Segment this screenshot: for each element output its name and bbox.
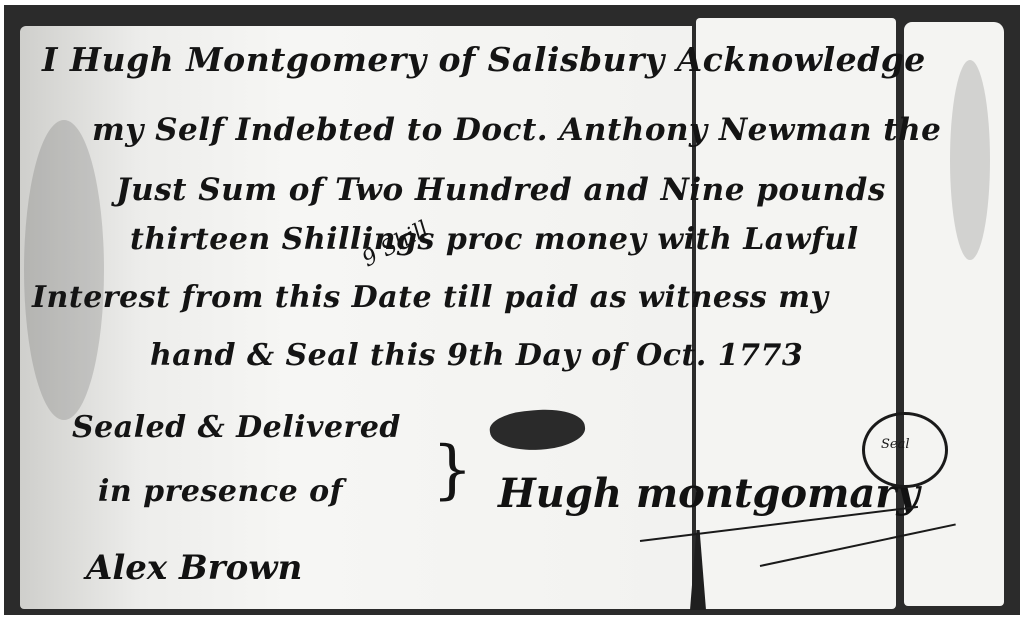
brace: } xyxy=(432,438,473,502)
body-line-3: Just Sum of Two Hundred and Nine pounds xyxy=(116,172,886,208)
witness-signature: Alex Brown xyxy=(86,548,302,588)
body-line-5: Interest from this Date till paid as wit… xyxy=(32,280,828,315)
body-line-2: my Self Indebted to Doct. Anthony Newman… xyxy=(92,112,941,148)
stain xyxy=(24,120,104,420)
debtor-signature: Hugh montgomary xyxy=(498,470,920,517)
seal-label: Seal xyxy=(881,437,910,452)
attestation-line-2: in presence of xyxy=(98,474,343,509)
body-line-4: thirteen Shillings proc money with Lawfu… xyxy=(130,222,859,257)
drawn-seal: Seal xyxy=(862,412,948,488)
stain xyxy=(950,60,990,260)
body-line-6: hand & Seal this 9th Day of Oct. 1773 xyxy=(150,338,803,373)
body-line-1: I Hugh Montgomery of Salisbury Acknowled… xyxy=(42,40,926,79)
attestation-line-1: Sealed & Delivered xyxy=(72,410,401,445)
